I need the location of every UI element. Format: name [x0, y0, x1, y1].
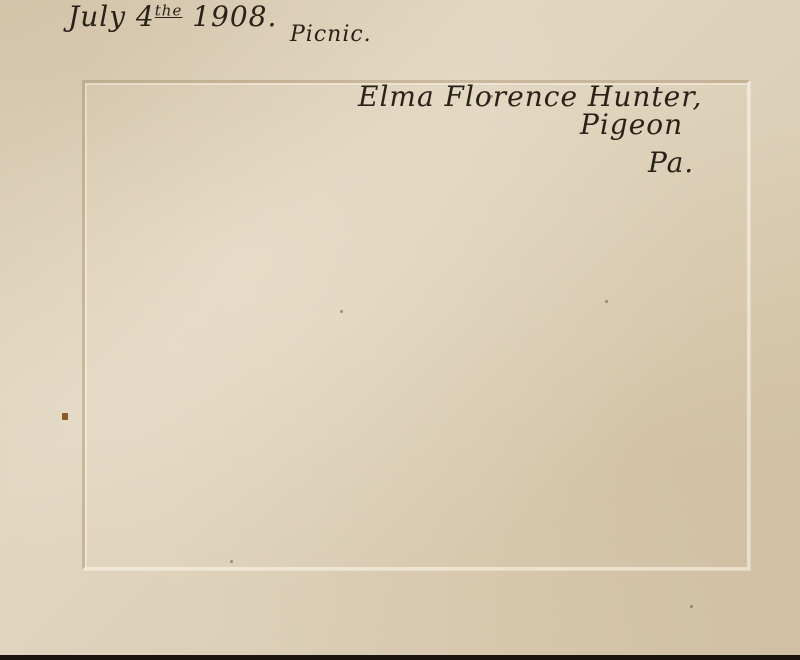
inscription-town: Pigeon — [580, 108, 683, 141]
inscription-date: July 4the 1908. — [68, 0, 277, 33]
date-suffix: the — [155, 2, 183, 20]
scan-edge — [0, 655, 800, 660]
inscription-event: Picnic. — [290, 22, 372, 47]
stain-spot — [62, 413, 68, 420]
speck — [605, 300, 608, 303]
year-text: 1908. — [192, 0, 277, 33]
speck — [690, 605, 693, 608]
inscription-state: Pa. — [648, 146, 694, 179]
speck — [340, 310, 343, 313]
speck — [230, 560, 233, 563]
photo-card-back: July 4the 1908. Picnic. Elma Florence Hu… — [0, 0, 800, 655]
date-text: July 4 — [68, 0, 155, 33]
speck — [490, 95, 493, 98]
